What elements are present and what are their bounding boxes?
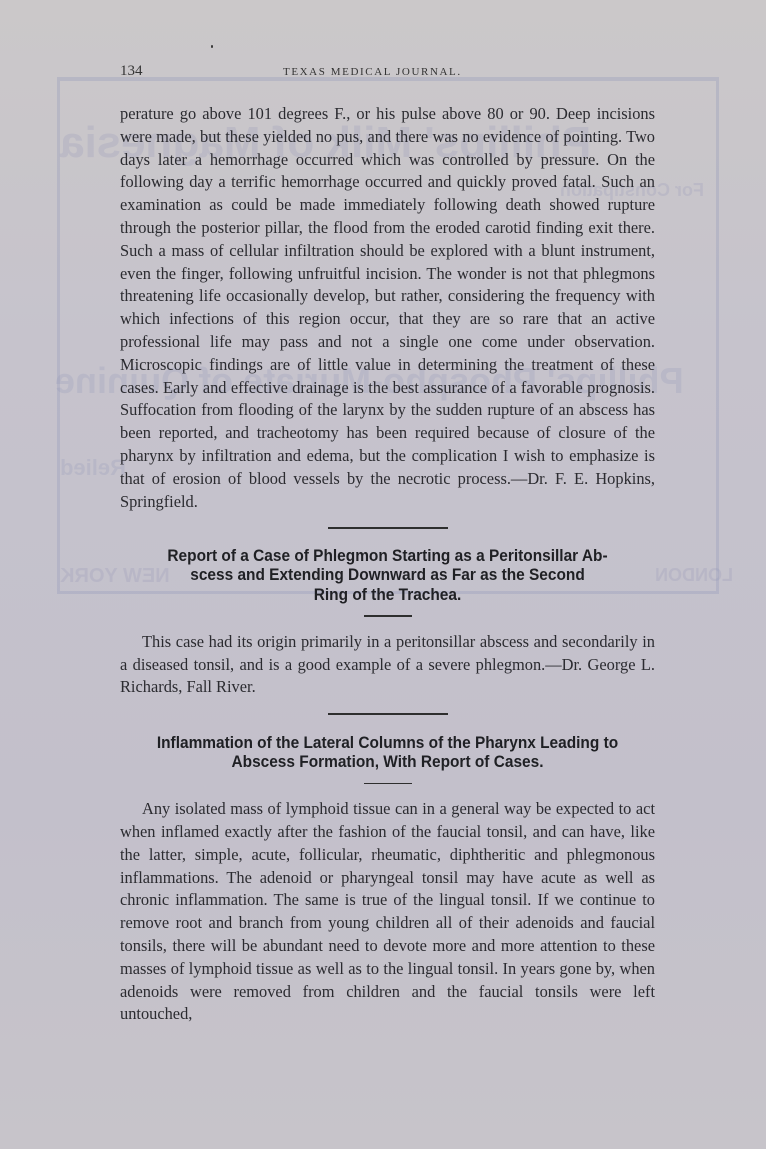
title-line: Ring of the Trachea. (139, 585, 637, 605)
continuation-paragraph: perature go above 101 degrees F., or his… (120, 103, 655, 513)
bleed-through-text: LONDON (655, 565, 733, 586)
page-body: perature go above 101 degrees F., or his… (120, 103, 655, 1026)
article-title-inflammation: Inflammation of the Lateral Columns of t… (120, 733, 655, 772)
bleed-through-text: Relied (60, 455, 126, 481)
page-number: 134 (120, 63, 143, 80)
article-title-phlegmon: Report of a Case of Phlegmon Starting as… (120, 546, 655, 605)
article-paragraph: This case had its origin primarily in a … (120, 631, 655, 699)
title-line: Inflammation of the Lateral Columns of t… (139, 733, 637, 753)
title-line: Report of a Case of Phlegmon Starting as… (139, 546, 637, 566)
page-header: 134 TEXAS MEDICAL JOURNAL. (120, 63, 660, 85)
title-line: Abscess Formation, With Report of Cases. (139, 752, 637, 772)
running-head: TEXAS MEDICAL JOURNAL. (283, 66, 462, 78)
article-paragraph: Any isolated mass of lymphoid tissue can… (120, 798, 655, 1026)
ink-speck (211, 45, 213, 48)
title-line: scess and Extending Downward as Far as t… (139, 565, 637, 585)
